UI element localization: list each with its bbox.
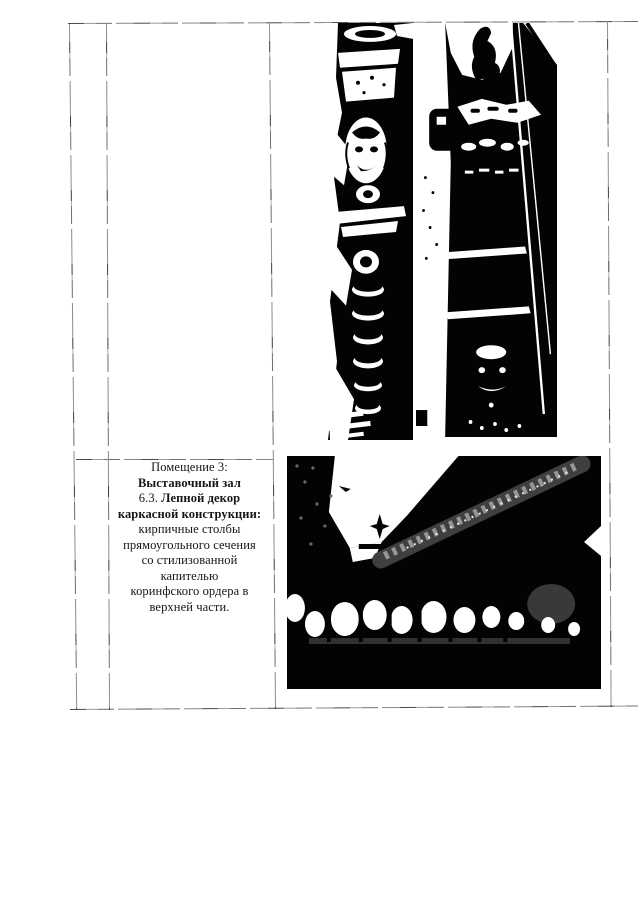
ornate-urn-illustration — [416, 23, 557, 437]
caption-desc-line: со стилизованной — [108, 553, 271, 569]
caption-desc-line: коринфского ордера в — [108, 584, 271, 600]
hall-interior-illustration — [287, 456, 601, 689]
caption-block: Помещение 3: Выставочный зал 6.3. Лепной… — [108, 460, 271, 615]
table-right-border — [607, 21, 612, 707]
caption-hall-line: Выставочный зал — [108, 476, 271, 492]
caption-item-number: 6.3. — [139, 491, 158, 505]
table-left-border — [69, 24, 77, 710]
photo-ornate-urn-finial — [416, 23, 557, 437]
scanned-document-page: Помещение 3: Выставочный зал 6.3. Лепной… — [0, 0, 640, 905]
photo-carved-newel-post — [324, 23, 413, 440]
caption-room-line: Помещение 3: — [108, 460, 271, 476]
photo-exhibition-hall-interior — [287, 456, 601, 689]
caption-item-line: 6.3. Лепной декор — [108, 491, 271, 507]
caption-item-title-1: Лепной декор — [161, 491, 240, 505]
caption-desc-line: прямоугольного сечения — [108, 538, 271, 554]
carved-newel-post-illustration — [324, 23, 413, 440]
caption-desc-line: кирпичные столбы — [108, 522, 271, 538]
caption-item-title-2: каркасной конструкции: — [108, 507, 271, 523]
caption-desc-line: капителью — [108, 569, 271, 585]
caption-desc-line: верхней части. — [108, 600, 271, 616]
table-bottom-border — [70, 706, 638, 710]
